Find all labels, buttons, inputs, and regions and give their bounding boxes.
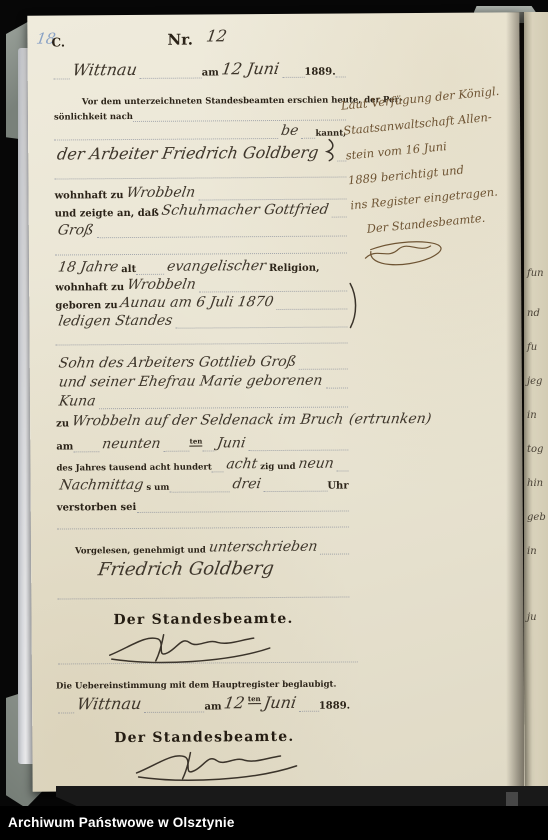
resides-label: wohnhaft zu	[55, 190, 124, 201]
death-month-value: Juni	[213, 435, 250, 451]
watermark-text: Archiwum Państwowe w Olsztynie	[8, 815, 235, 830]
edge-text-fragment: ju	[527, 612, 537, 623]
edge-text-fragment: jeg	[527, 376, 542, 387]
religion-value: evangelischer	[163, 258, 270, 275]
margin-paren-stroke	[347, 281, 359, 329]
registrar-title-2: Der Standesbeamte.	[114, 729, 294, 746]
edge-text-fragment: tog	[527, 444, 543, 455]
religion-label: Religion,	[269, 263, 320, 274]
deceased-name-1: Schuhmacher Gottfried	[158, 202, 333, 219]
resides2-value: Wrobbeln	[123, 277, 200, 294]
registrar-signature-1	[102, 628, 282, 665]
declarant-signature: Friedrich Goldberg	[94, 558, 279, 580]
readover-value: unterschrieben	[205, 539, 322, 556]
registrar-title-1: Der Standesbeamte.	[113, 611, 293, 628]
margin-annotation: Laut Verfügung der Königl. Staatsanwalts…	[340, 81, 493, 282]
deceased-statement-label: verstorben sei	[57, 502, 137, 514]
facing-page-edge: fun nd fu jeg in tog hin geb in ju	[524, 12, 548, 802]
death-day-value: neunten	[98, 436, 165, 452]
death-year-mid-label: zig und	[260, 462, 295, 472]
dateline-place: Wittnau	[68, 60, 141, 80]
age-label: alt	[121, 264, 136, 275]
declared-label: und zeigte an, daß	[55, 208, 159, 220]
edge-text-fragment: hin	[527, 478, 543, 489]
certification-place: Wittnau	[73, 694, 146, 714]
intro-line-2: sönlichkeit nach	[54, 112, 133, 123]
death-cause-value: (ertrunken)	[345, 411, 435, 428]
certification-year: 1889.	[319, 700, 350, 711]
death-year-ones: neun	[294, 456, 338, 472]
edge-text-fragment: in	[527, 410, 537, 421]
pen-flourish	[321, 138, 337, 162]
born-label: geboren zu	[55, 300, 117, 311]
status-value: ledigen Standes	[54, 313, 176, 330]
edge-text-fragment: fun	[527, 268, 544, 279]
record-number-value: 12	[202, 26, 231, 45]
edge-text-fragment: fu	[527, 342, 537, 353]
death-hour-label: Uhr	[327, 480, 348, 491]
death-year-tens: acht	[222, 456, 261, 472]
death-day-label: am	[56, 441, 73, 452]
certification-statement: Die Uebereinstimmung mit dem Hauptregist…	[56, 680, 337, 692]
deceased-name-2: Groß	[54, 222, 98, 238]
certification-ten-label: ten	[248, 694, 261, 704]
declarant-name: der Arbeiter Friedrich Goldberg	[53, 143, 323, 164]
death-daytime-label: s um	[146, 483, 169, 493]
age-value: 18 Jahre	[54, 259, 123, 275]
edge-text-fragment: in	[527, 546, 537, 557]
parentage-line-3: Kuna	[55, 393, 100, 409]
dateline-am-label: am	[202, 67, 219, 78]
registrar-signature-2	[128, 746, 308, 783]
resides2-label: wohnhaft zu	[55, 282, 124, 293]
certification-month: Juni	[259, 693, 300, 712]
readover-label: Vorgelesen, genehmigt und	[75, 545, 206, 556]
death-daytime-value: Nachmittag	[55, 477, 147, 494]
parentage-line-1: Sohn des Arbeiters Gottlieb Groß	[55, 354, 301, 372]
known-handwritten: be	[277, 123, 303, 139]
edge-text-fragment: nd	[527, 308, 540, 319]
born-value: Aunau am 6 Juli 1870	[116, 294, 277, 311]
death-hour-value: drei	[228, 476, 265, 492]
certification-day: 12	[220, 693, 249, 712]
dateline-year: 1889.	[304, 67, 335, 78]
register-page: 18 C. Nr. 12 Wittnau am 12 Juni 1889. Vo…	[27, 12, 524, 791]
death-place-value: Wrobbeln auf der Seldenack im Bruch	[68, 412, 348, 430]
dateline-date: 12 Juni	[217, 59, 283, 78]
parentage-line-2: und seiner Ehefrau Marie geborenen	[55, 373, 327, 391]
section-letter: C.	[51, 35, 65, 49]
watermark-bar: Archiwum Państwowe w Olsztynie	[0, 806, 548, 840]
record-number-label: Nr.	[167, 31, 193, 49]
death-ten-label: ten	[190, 437, 203, 447]
resides-value: Wrobbeln	[122, 185, 199, 202]
death-year-label: des Jahres tausend acht hundert	[56, 462, 211, 473]
edge-text-fragment: geb	[527, 512, 546, 523]
